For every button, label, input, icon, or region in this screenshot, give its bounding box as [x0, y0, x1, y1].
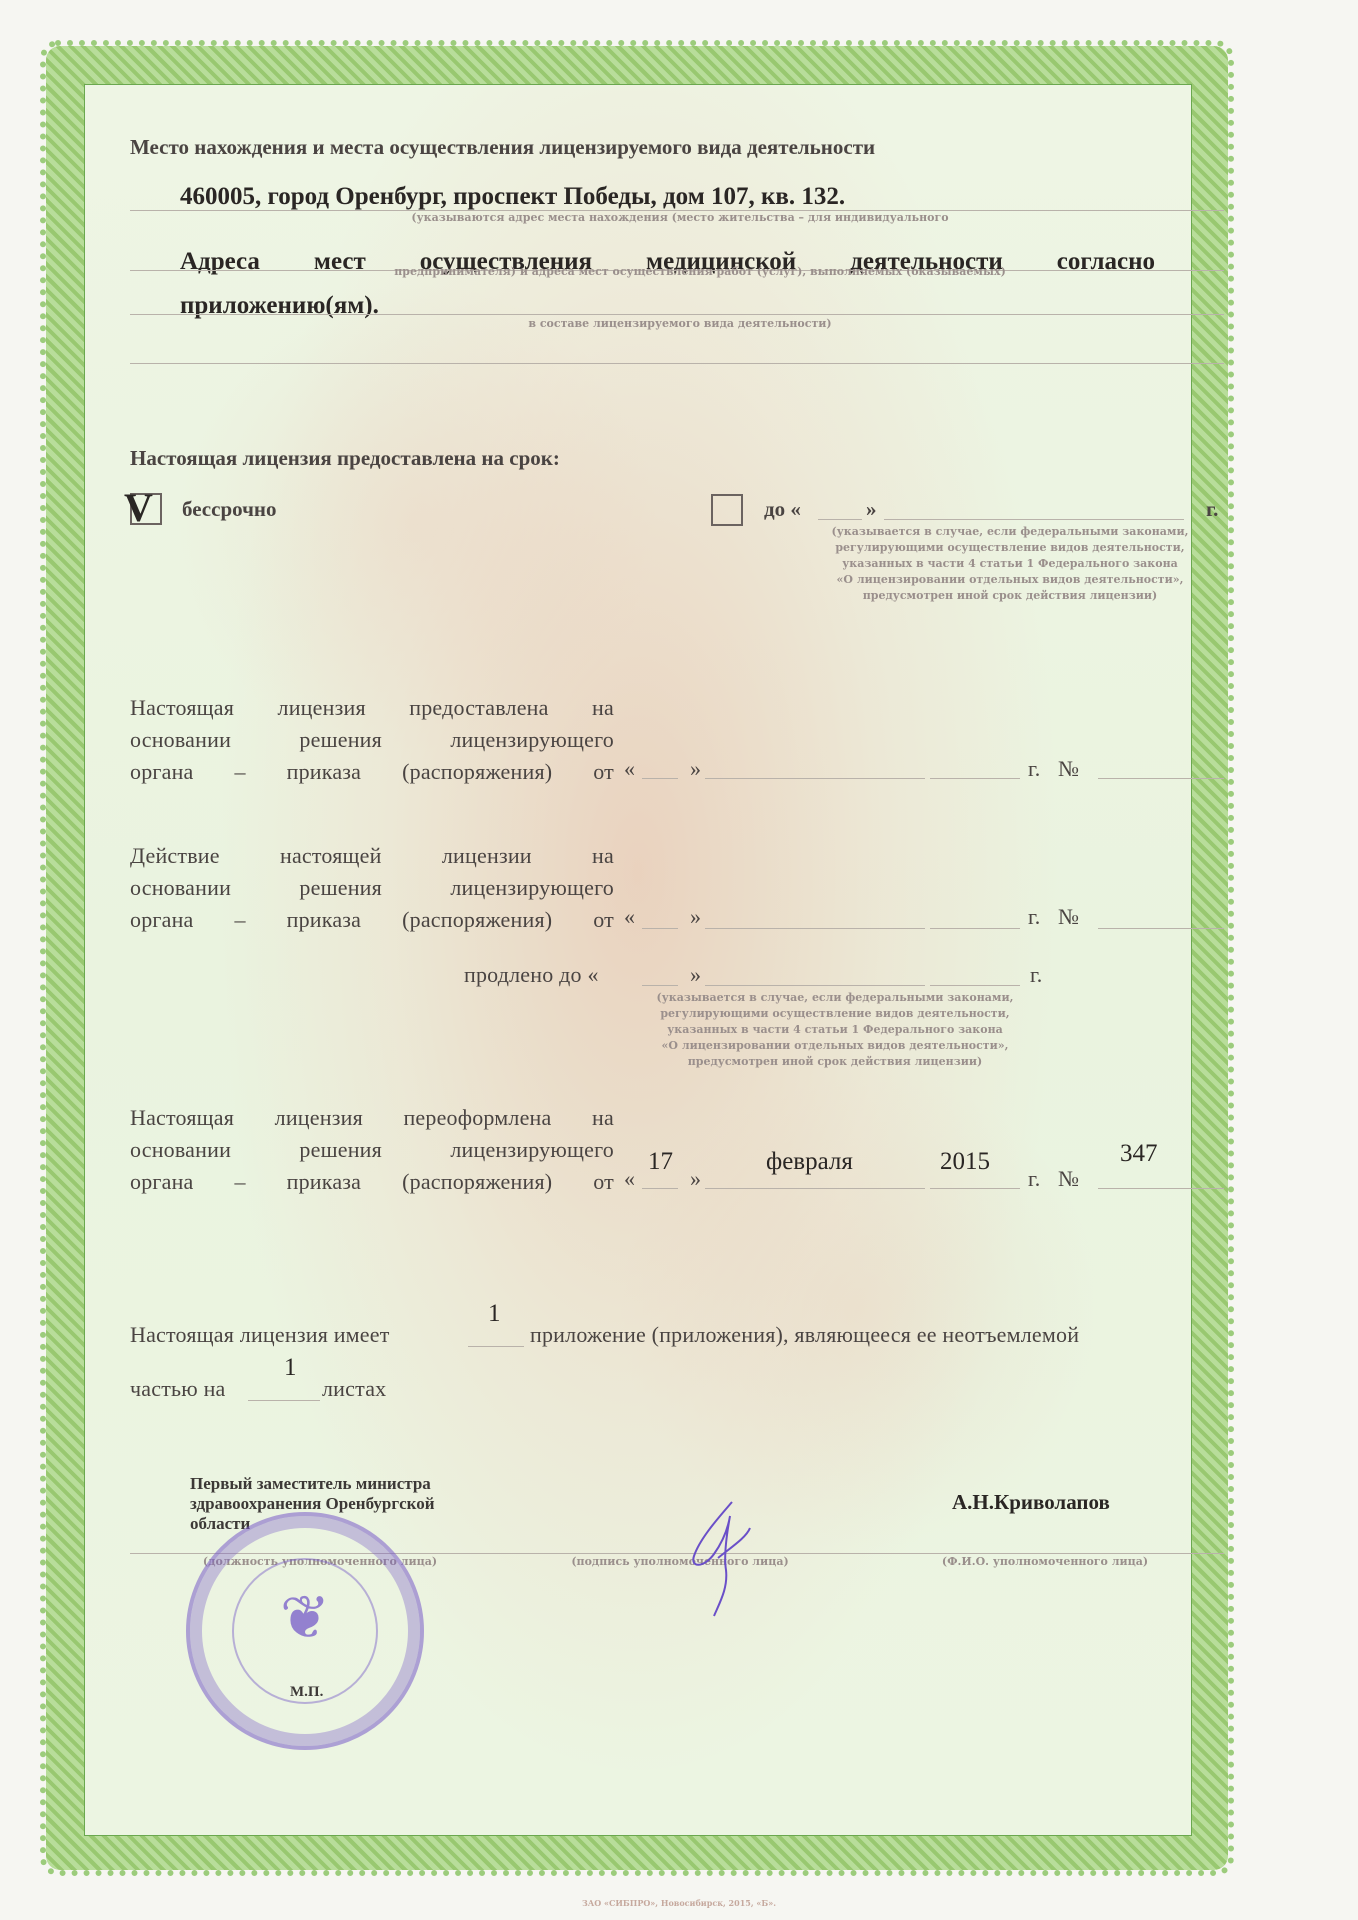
places-hint: предпринимателя) и адреса мест осуществл… — [380, 264, 1020, 280]
appendix-sheets: 1 — [284, 1354, 297, 1382]
reissued-day: 17 — [648, 1148, 673, 1176]
extended-text: Действие настоящей лицензии наосновании … — [130, 840, 614, 936]
seal-label: М.П. — [290, 1684, 323, 1701]
reissued-month: февраля — [766, 1148, 853, 1176]
until-year-suffix: г. — [1206, 497, 1218, 522]
extended-hint: (указывается в случае, если федеральными… — [630, 990, 1040, 1070]
places-line-2: приложению(ям). — [180, 292, 379, 320]
official-seal: ❦ — [186, 1512, 424, 1750]
coat-of-arms-icon: ❦ — [270, 1578, 340, 1658]
until-hint: (указывается в случае, если федеральными… — [800, 524, 1220, 604]
printer-footer: ЗАО «СИБПРО», Новосибирск, 2015, «Б». — [0, 1898, 1358, 1908]
places-hint-2: в составе лицензируемого вида деятельнос… — [380, 316, 980, 332]
until-close-quote: » — [866, 497, 877, 522]
granted-text: Настоящая лицензия предоставлена наоснов… — [130, 692, 614, 788]
term-heading: Настоящая лицензия предоставлена на срок… — [130, 446, 560, 471]
location-heading: Место нахождения и места осуществления л… — [130, 135, 875, 160]
indefinite-label: бессрочно — [182, 497, 277, 522]
appendix-count: 1 — [488, 1300, 501, 1328]
reissued-year: 2015 — [940, 1148, 990, 1176]
reissued-number: 347 — [1120, 1140, 1158, 1168]
handwritten-signature — [680, 1498, 770, 1618]
signer-name: А.Н.Криволапов — [952, 1490, 1110, 1515]
extended-until-label: продлено до « — [464, 962, 599, 988]
reissued-text: Настоящая лицензия переоформлена наоснов… — [130, 1102, 614, 1198]
until-checkbox[interactable] — [711, 494, 743, 526]
address-value: 460005, город Оренбург, проспект Победы,… — [180, 183, 845, 211]
address-hint: (указываются адрес места нахождения (мес… — [380, 210, 980, 226]
check-mark-icon: V — [124, 484, 153, 531]
until-label: до « — [764, 497, 801, 522]
